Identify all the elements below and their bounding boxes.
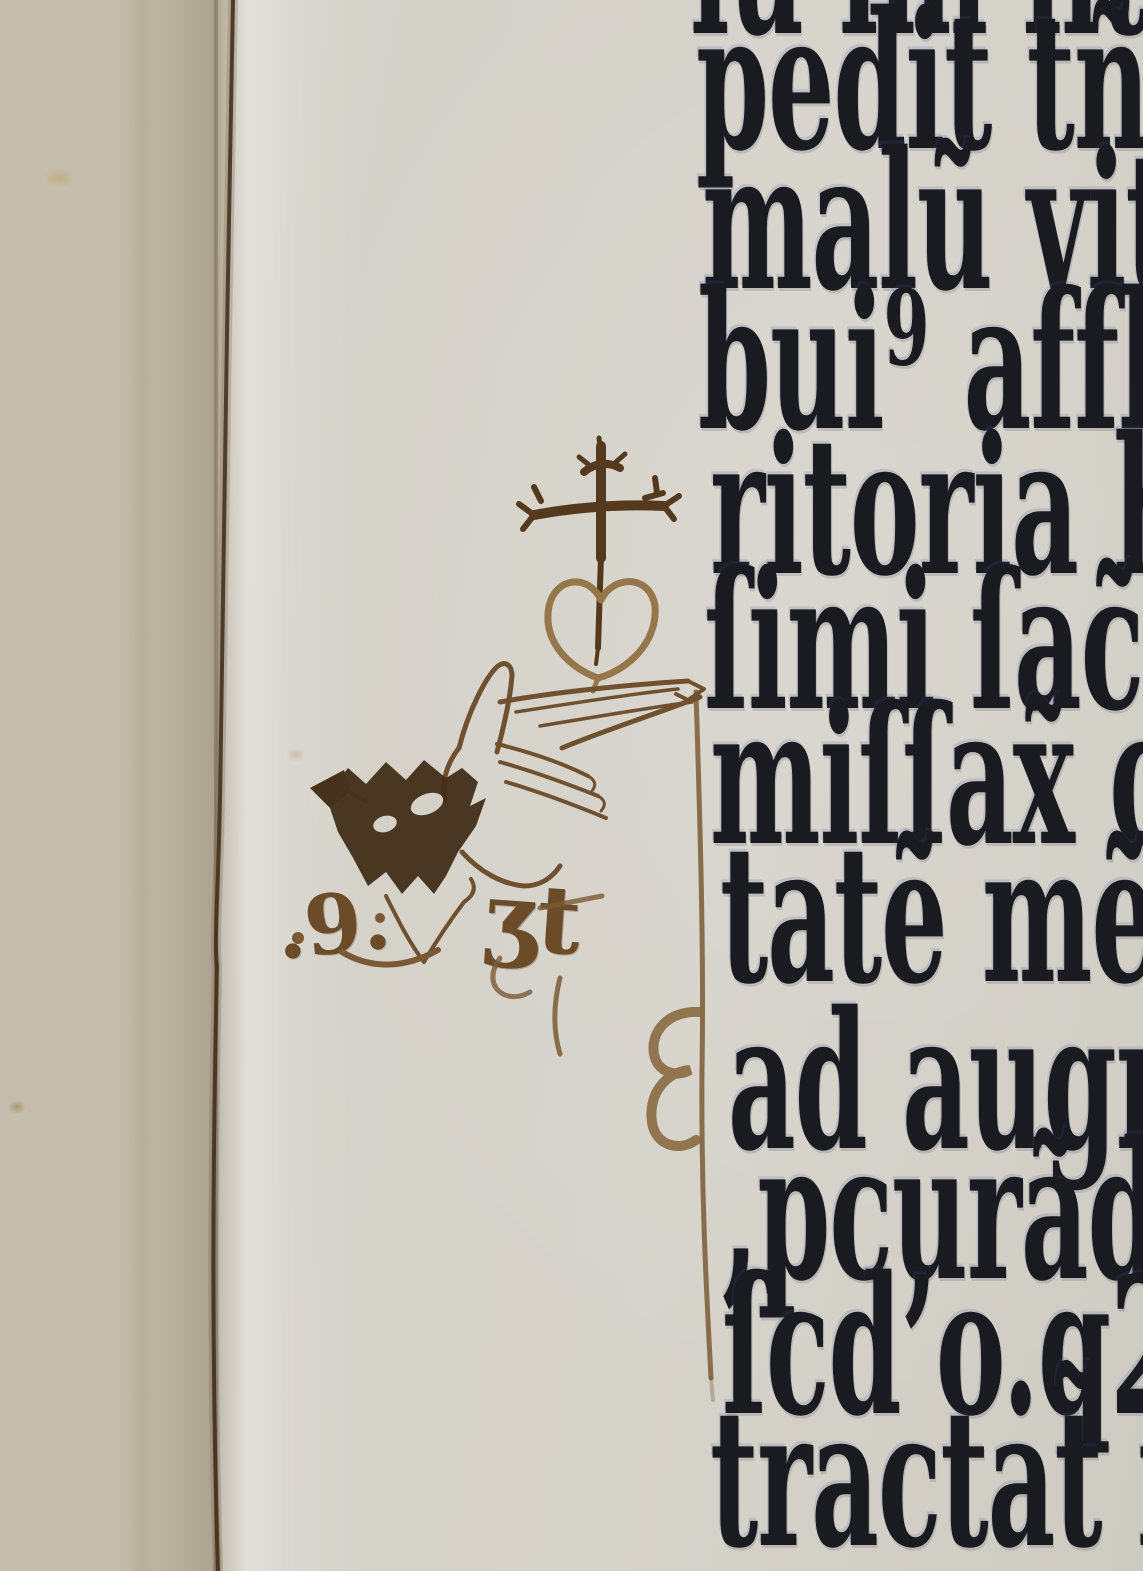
bracket-flourish [651, 1012, 700, 1146]
scribble-flourishes [292, 896, 602, 1054]
sleeve-cuff [310, 760, 486, 962]
page-edge-line [213, 0, 233, 1571]
manicule-drawing [0, 0, 1143, 1571]
heart-icon [548, 582, 655, 691]
pointing-hand-icon [444, 664, 704, 886]
bracket-line [696, 692, 713, 1400]
book-photo: ıū ım̄ īıt ū pedit tñ c malũ vitã bui⁹ a… [0, 0, 1143, 1571]
